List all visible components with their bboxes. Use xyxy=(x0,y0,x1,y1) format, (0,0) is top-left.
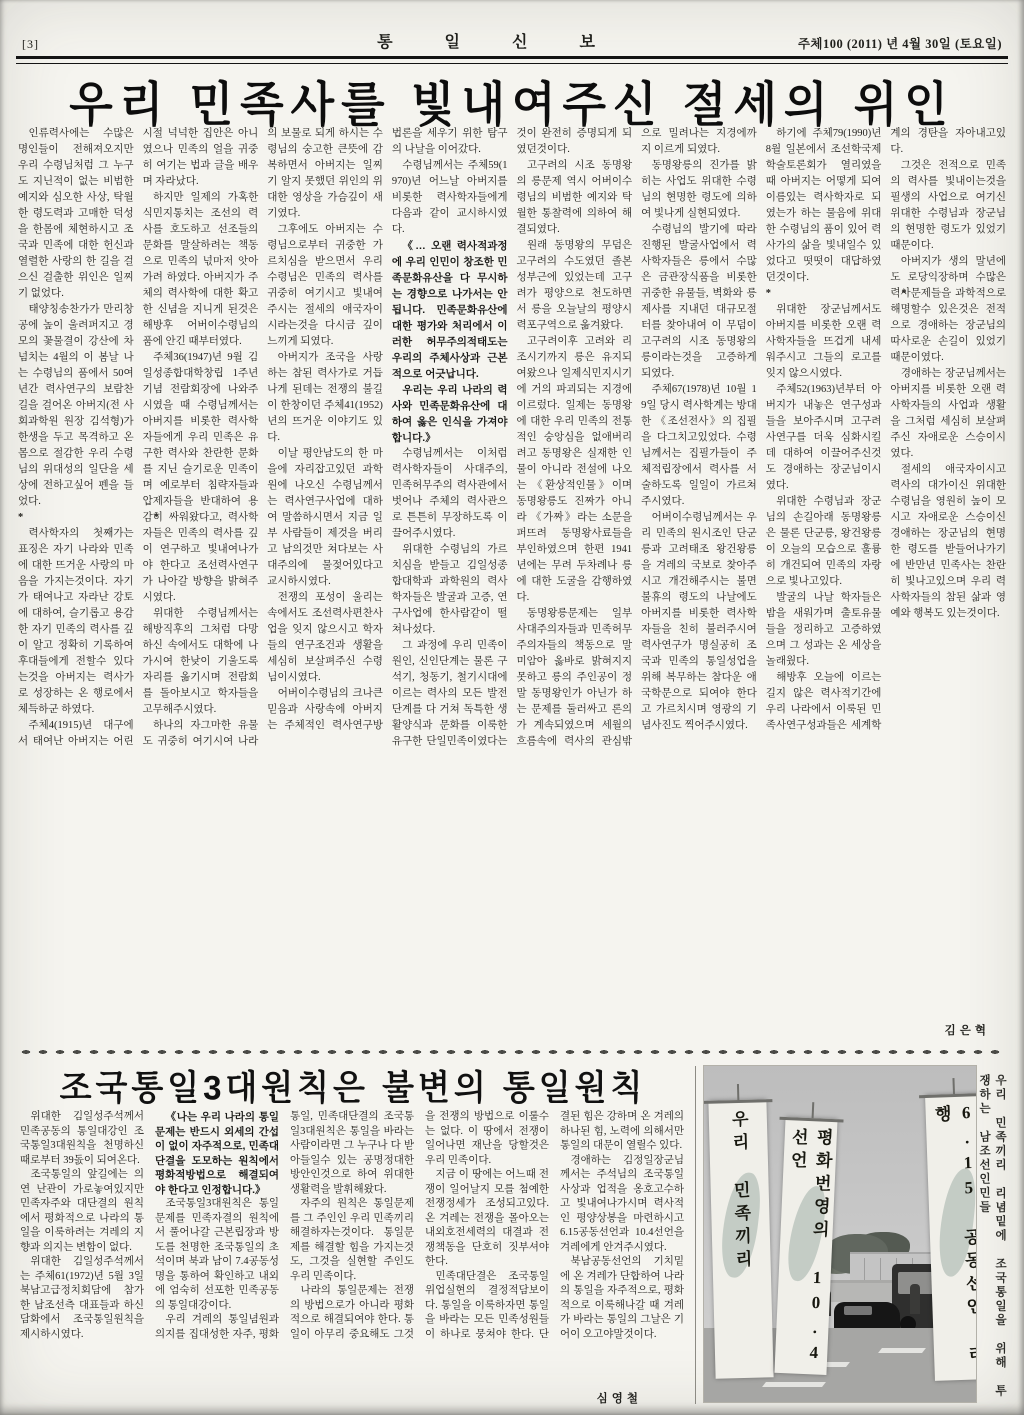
article-paragraph: 이날 평안남도의 한 마을에 자리잡고있던 과학원에 나오신 수령님께서는 력사… xyxy=(267,446,383,590)
article-paragraph: 조국통일의 앞길에는 의연 난관이 가로놓여있지만 민족자주와 대단결의 원칙에… xyxy=(20,1168,144,1255)
article-paragraph: 위대한 김일성주석께서 민족공동의 통일대강인 조국통일3대원칙을 천명하신 때… xyxy=(20,1110,144,1168)
photo-divider-rule xyxy=(695,1066,696,1404)
banner-oct4-declaration: 평화번영의 10.4 선언 xyxy=(774,1117,837,1375)
article-paragraph: 발굴의 나날 학자들은 밤을 새워가며 출토유물들을 정리하고 고증하였으며 그… xyxy=(766,590,882,670)
article-paragraph: 주체67(1978)년 10월 19일 당시 력사학계는 방대한 《조선전사》의… xyxy=(641,382,757,510)
article-paragraph: 경애하는 김정일장군님께서는 주석님의 조국통일사상과 업적을 옹호고수하고 빛… xyxy=(560,1154,684,1256)
wavy-divider xyxy=(18,1048,1006,1056)
article-paragraph: 그후에도 아버지는 수령님으로부터 귀중한 가르치심을 받으면서 우리 수령님은… xyxy=(267,222,383,350)
street-photo: 우리 민족끼리 평화번영의 10.4 선언 6.15 공동선언 리행 xyxy=(704,1066,976,1402)
article-paragraph: 조국통일3대원칙은 통일문제를 민족자결의 원칙에서 풀어나갈 근본립장과 방도… xyxy=(155,1197,279,1313)
article-quote-paragraph: 《… 오랜 력사적과정에 우리 인민이 창조한 민족문화유산을 다 무시하는 경… xyxy=(392,238,508,382)
pedestrian xyxy=(910,1284,920,1314)
section-separator: * * xyxy=(18,510,134,526)
page-number: [3] xyxy=(22,37,39,52)
article-paragraph: 위대한 수령님께서는 해방직후의 그처럼 다망하신 속에서도 대학에 나가시여 … xyxy=(143,606,259,718)
photo-block: 우리 민족끼리 평화번영의 10.4 선언 6.15 공동선언 리행 우리 민족… xyxy=(700,1064,1008,1408)
issue-date: 주체100 (2011) 년 4월 30일 (토요일) xyxy=(798,34,1002,52)
newspaper-page: [3] 통일신보 주체100 (2011) 년 4월 30일 (토요일) 우리 … xyxy=(0,0,1024,1415)
article-paragraph: 태양칭송찬가가 만리창공에 높이 울려퍼지고 경모의 꽃물결이 강산에 차넘치는… xyxy=(18,302,134,510)
article-paragraph: 지금 이 땅에는 어느때 전쟁이 일어날지 모를 첨예한 전쟁정세가 조성되고있… xyxy=(425,1168,549,1270)
article-paragraph: 원래 동명왕의 무덤은 고구려의 수도였던 졸본성부근에 있었는데 고구려가 평… xyxy=(517,238,633,334)
article-paragraph: 동명왕릉의 진가를 밝히는 사업도 위대한 수령님의 현명한 령도에 의하여 빛… xyxy=(641,158,757,222)
article-paragraph: 주체36(1947)년 9월 김일성종합대학창립 1주년기념 전람회장에 나와주… xyxy=(143,350,259,606)
bottom-article-byline: 심영철 xyxy=(597,1390,642,1406)
banner-text: 6.15 공동선언 리행 xyxy=(928,1102,976,1381)
article-paragraph: 위대한 수령님과 장군님의 손길아래 동명왕릉은 물론 단군릉, 왕건왕릉이 오… xyxy=(766,494,882,590)
article-paragraph: 력사학자의 첫째가는 표징은 자기 나라와 민족에 대한 뜨거운 사랑의 마음을… xyxy=(18,526,134,718)
article-paragraph: 전쟁의 포성이 울리는 속에서도 조선력사편찬사업을 잊지 않으시고 학자들의 … xyxy=(267,590,383,686)
article-paragraph: 고구려의 시조 동명왕의 릉문제 역시 어버이수령님의 비범한 예지와 탁월한 … xyxy=(517,158,633,238)
article-paragraph: 위대한 장군님께서도 아버지를 비롯한 오랜 력사학자들을 뜨겁게 내세워주시고… xyxy=(766,302,882,382)
article-paragraph: 하기에 주체79(1990)년 8월 일본에서 조선학국제학술토론회가 열리였을… xyxy=(766,126,882,286)
article-paragraph: 수령님께서는 주체59(1970)년 어느날 아버지를 비롯한 력사학자들에게 … xyxy=(392,158,508,238)
article-paragraph: 하지만 일제의 가혹한 식민지통치는 조선의 력사를 호도하고 선조들의 문화를… xyxy=(143,190,259,350)
article-paragraph: 인류력사에는 수많은 명인들이 전해져오지만 우리 수령님처럼 그 누구도 지닌… xyxy=(18,126,134,302)
banner-june15-declaration: 6.15 공동선언 리행 xyxy=(925,1093,976,1381)
article-paragraph: 위대한 김일성주석께서는 주체61(1972)년 5월 3일 북남고급정치회담에… xyxy=(20,1255,144,1342)
article-paragraph: 수령님께서는 이처럼 력사학자들이 사대주의, 민족허무주의 력사관에서 벗어나… xyxy=(392,446,508,542)
article-paragraph: 어버이수령님께서는 우리 민족의 원시조인 단군릉과 고려태조 왕건왕릉을 겨레… xyxy=(641,510,757,734)
masthead: 통일신보 xyxy=(377,29,647,52)
article-quote-paragraph: 우리는 우리 나라의 력사와 민족문화유산에 대하여 옳은 인식을 가져야 합니… xyxy=(392,382,508,446)
photo-caption: 우리 민족끼리 리념밑에 조국통일을 위해 투쟁하는 남조선인민들 xyxy=(976,1074,1008,1404)
main-article-columns: 인류력사에는 수많은 명인들이 전해져오지만 우리 수령님처럼 그 누구도 지닌… xyxy=(18,126,1006,1026)
page-header: [3] 통일신보 주체100 (2011) 년 4월 30일 (토요일) xyxy=(22,22,1002,52)
article-paragraph: 자주의 원칙은 통일문제를 그 주인인 우리 민족끼리 해결하자는것이다. 통일… xyxy=(290,1197,414,1284)
bottom-headline: 조국통일3대원칙은 불변의 통일원칙 xyxy=(18,1061,688,1110)
bottom-article: 조국통일3대원칙은 불변의 통일원칙 위대한 김일성주석께서 민족공동의 통일대… xyxy=(18,1060,688,1408)
bottom-article-columns: 위대한 김일성주석께서 민족공동의 통일대강인 조국통일3대원칙을 천명하신 때… xyxy=(20,1110,684,1398)
banner-our-nation: 우리 민족끼리 xyxy=(708,1099,773,1378)
article-paragraph: 그것은 전적으로 민족의 력사를 빛내이는것을 필생의 사업으로 여기신 위대한… xyxy=(890,158,1006,254)
article-paragraph: 경애하는 장군님께서는 아버지를 비롯한 오랜 력사학자들의 사업과 생활을 그… xyxy=(890,366,1006,462)
article-paragraph: 위대한 수령님의 가르치심을 받들고 김일성종합대학과 과학원의 력사학자들은 … xyxy=(392,542,508,638)
main-article-byline: 김은혁 xyxy=(945,1022,990,1038)
article-paragraph: 주체52(1963)년부터 아버지가 내놓은 연구성과들을 보아주시며 고구려사… xyxy=(766,382,882,494)
article-paragraph: 절세의 애국자이시고 력사의 대가이신 위대한 수령님을 영원히 높이 모시고 … xyxy=(890,462,1006,622)
header-double-rule xyxy=(16,56,1008,64)
article-quote-paragraph: 《나는 우리 나라의 통일문제는 반드시 외세의 간섭이 없이 자주적으로, 민… xyxy=(155,1110,279,1197)
main-headline: 우리 민족사를 빛내여주신 절세의 위인 xyxy=(20,66,1004,135)
banner-text: 평화번영의 10.4 선언 xyxy=(775,1128,836,1374)
banner-text: 우리 민족끼리 xyxy=(725,1109,757,1378)
article-paragraph: 아버지가 조국을 사랑하는 참된 력사가로 거듭나게 된데는 전쟁의 불길이 한… xyxy=(267,350,383,446)
article-paragraph: 수령님의 발기에 따라 진행된 발굴사업에서 력사학자들은 릉에서 수많은 금관… xyxy=(641,222,757,382)
article-paragraph: 아버지가 생의 말년에도 로당익장하며 수많은 력사문제들을 과학적으로 해명할… xyxy=(890,254,1006,366)
article-paragraph: 고구려이후 고려와 리조시기까지 릉은 유지되여왔으나 일제식민지시기에 거의 … xyxy=(517,334,633,606)
article-paragraph: 북남공동선언의 기치밑에 온 겨레가 단합하여 나라의 통일을 자주적으로, 평… xyxy=(560,1255,684,1342)
section-separator: * * xyxy=(766,286,882,302)
